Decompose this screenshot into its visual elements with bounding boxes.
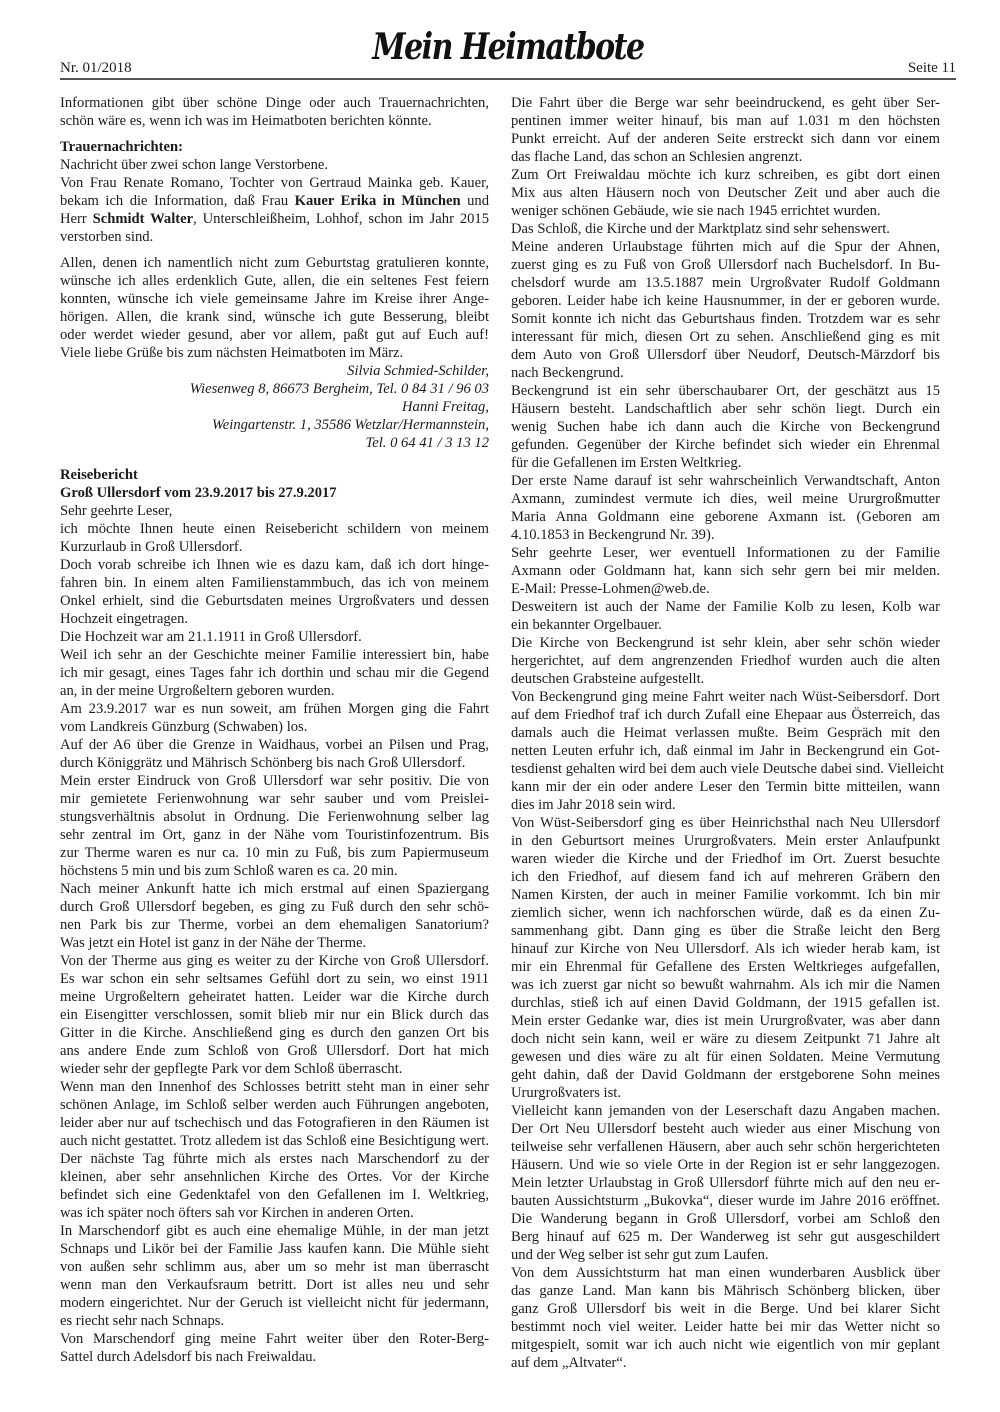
text-line: sehr zentral im Ort, ganz in der Nähe vo…	[60, 826, 489, 844]
deceased-name: Kauer Erika in München	[295, 193, 461, 209]
text-line: Häusern besteht. Landschaftlich aber seh…	[511, 400, 940, 418]
text-line: bekam ich die Information, daß Frau Kaue…	[60, 192, 489, 210]
text-line: wenn man den Verkaufsraum betritt. Dort …	[60, 1276, 489, 1294]
text-line: Wenn man den Innenhof des Schlosses betr…	[60, 1078, 489, 1096]
text-line: nach Beckengrund.	[511, 364, 940, 382]
text-line: Desweitern ist auch der Name der Familie…	[511, 598, 940, 616]
text-line: In Marschendorf gibt es auch eine ehemal…	[60, 1222, 489, 1240]
text-line: geboren. Leider habe ich keine Hausnumme…	[511, 292, 940, 310]
text-line: Axmann oder Goldmann hat, kann sich sehr…	[511, 562, 940, 580]
text-line: 4.10.1853 in Beckengrund Nr. 39).	[511, 526, 940, 544]
text-line: teilweise sehr verfallenen Häusern, aber…	[511, 1138, 940, 1156]
text-line: durch Groß Ullersdorf begeben, es ging z…	[60, 898, 489, 916]
text-line: schön wäre es, wenn ich was im Heimatbot…	[60, 112, 489, 130]
text-line: pentinen immer weiter hinauf, bis man au…	[511, 112, 940, 130]
text-line: dies im Jahr 2018 sein wird.	[511, 796, 940, 814]
text-line: was ich später noch öfters sah vor Kirch…	[60, 1204, 489, 1222]
page-header: Nr. 01/2018 Mein Heimatbote Seite 11	[60, 28, 956, 78]
text-line: Sattel durch Adelsdorf bis nach Freiwald…	[60, 1348, 489, 1366]
text-line: Viele liebe Grüße bis zum nächsten Heima…	[60, 344, 489, 362]
text-line: schönen Anlage, im Schloß selber werden …	[60, 1096, 489, 1114]
text-line: Meine anderen Urlaubstage führten mich a…	[511, 238, 940, 256]
text-line: was ich zuerst gar nicht so bewußt wahrn…	[511, 976, 940, 994]
text-line: ich den Friedhof, auf diesem fand ich au…	[511, 868, 940, 886]
text-line: oder werdet wieder gesund, aber vor alle…	[60, 326, 489, 344]
text-line: stungsverhältnis absolut in Ordnung. Die…	[60, 808, 489, 826]
text-line: hergerichtet, auf dem angrenzenden Fried…	[511, 652, 940, 670]
text-line: und der Weg selber ist sehr gut zum Lauf…	[511, 1246, 940, 1264]
text-line: Punkt erreicht. Auf der anderen Seite er…	[511, 130, 940, 148]
text-line: auf dem Friedhof traf ich durch Zufall e…	[511, 706, 940, 724]
text-line: es riecht sehr nach Schnaps.	[60, 1312, 489, 1330]
text-line: bestimmt noch viel weiter. Leider hatte …	[511, 1318, 940, 1336]
text-line: ziemlich sicher, wenn ich nachforschen w…	[511, 904, 940, 922]
text-line: doch nicht sein kann, weil er wäre zu di…	[511, 1030, 940, 1048]
text-line: Der Ort Neu Ullersdorf besteht auch wied…	[511, 1120, 940, 1138]
text-line: Allen, denen ich namentlich nicht zum Ge…	[60, 254, 489, 272]
section-heading-report: Reisebericht	[60, 466, 489, 484]
text-line: Die Hochzeit war am 21.1.1911 in Groß Ul…	[60, 628, 489, 646]
text-line: mir ein Ehrenmal für Gefallene des Erste…	[511, 958, 940, 976]
text-line: Nach meiner Ankunft hatte ich mich erstm…	[60, 880, 489, 898]
text-line: Was jetzt ein Hotel ist ganz in der Nähe…	[60, 934, 489, 952]
text-line: Sehr geehrte Leser, wer eventuell Inform…	[511, 544, 940, 562]
text-line: Nachricht über zwei schon lange Verstorb…	[60, 156, 489, 174]
text-line: weniger schönen Gebäude, wie sie nach 19…	[511, 202, 940, 220]
text-line: höchstens 5 min und bis zum Schloß waren…	[60, 862, 489, 880]
text-line: Auf der A6 über die Grenze in Waidhaus, …	[60, 736, 489, 754]
text-line: durchlas, stieß ich auf einen David Gold…	[511, 994, 940, 1012]
text-line: geht dahin, daß der David Goldmann der e…	[511, 1066, 940, 1084]
text-line: hinauf zur Kirche von Neu Ullersdorf. Al…	[511, 940, 940, 958]
text-line: hörigen. Allen, die krank sind, wünsche …	[60, 308, 489, 326]
text-line: sammenhang gibt. Dann ging es über die S…	[511, 922, 940, 940]
section-heading-trauer: Trauernachrichten:	[60, 138, 489, 156]
text-line: wenig Suchen habe ich dann auch die Kirc…	[511, 418, 940, 436]
text-line: Beckengrund ist ein sehr überschaubarer …	[511, 382, 940, 400]
text-line: Sehr geehrte Leser,	[60, 502, 489, 520]
text-line: mitgespielt, somit war ich auch nicht wi…	[511, 1336, 940, 1354]
text-line: Maria Anna Goldmann eine geborene Axmann…	[511, 508, 940, 526]
text-line: Häusern. Und wie so viele Orte in der Re…	[511, 1156, 940, 1174]
text-line: Doch vorab schreibe ich Ihnen wie es daz…	[60, 556, 489, 574]
page-number: Seite 11	[908, 60, 956, 77]
text-line: ein Eisengitter verschlossen, somit blie…	[60, 1006, 489, 1024]
text-line: Die Kirche von Beckengrund ist sehr klei…	[511, 634, 940, 652]
text-line: Berg hinauf auf 625 m. Der Wanderweg ist…	[511, 1228, 940, 1246]
text-line: Namen Kirsten, der auch in meiner Famili…	[511, 886, 940, 904]
text-line: Mix aus alten Häusern noch von Deutscher…	[511, 184, 940, 202]
text-line: gefunden. Gegenüber der Kirche befindet …	[511, 436, 940, 454]
signature-line: Weingartenstr. 1, 35586 Wetzlar/Hermanns…	[60, 416, 489, 434]
text-line: Kurzurlaub in Groß Ullersdorf.	[60, 538, 489, 556]
text-line: das flache Land, das schon an Schlesien …	[511, 148, 940, 166]
text-line: Die Wanderung begann in Groß Ullersdorf,…	[511, 1210, 940, 1228]
text-line: auf dem „Altvater“.	[511, 1354, 940, 1372]
text-line: Es war schon ein sehr seltsames Gefühl d…	[60, 970, 489, 988]
text-line: kann mir der ein oder andere Leser den T…	[511, 778, 940, 796]
text-line: ganz Groß Ullersdorf bis weit in die Ber…	[511, 1300, 940, 1318]
text-line: von außen sehr schlimm aus, aber um so m…	[60, 1258, 489, 1276]
text-line: Schnaps und Likör bei der Familie Jass k…	[60, 1240, 489, 1258]
text-line: Informationen gibt über schöne Dinge ode…	[60, 94, 489, 112]
text-line: ich mir gesagt, eines Tages fahr ich dor…	[60, 664, 489, 682]
text-line: Onkel erhielt, sind die Geburtsdaten mei…	[60, 592, 489, 610]
text-line: Von der Therme aus ging es weiter zu der…	[60, 952, 489, 970]
text-line: Hochzeit eingetragen.	[60, 610, 489, 628]
text-line: Mein letzter Urlaubstag in Groß Ullersdo…	[511, 1174, 940, 1192]
text-line: netten Leuten erfuhr ich, daß einmal im …	[511, 742, 940, 760]
text-line: für die Gefallenen im Ersten Weltkrieg.	[511, 454, 940, 472]
text-line: verstorben sind.	[60, 228, 489, 246]
text-line: modern eingerichtet. Nur der Geruch ist …	[60, 1294, 489, 1312]
deceased-name: Schmidt Walter	[93, 211, 193, 227]
signature-line: Hanni Freitag,	[60, 398, 489, 416]
text-line: Der erste Name darauf ist sehr wahrschei…	[511, 472, 940, 490]
text-line: wünsche ich alles erdenklich Gute, allen…	[60, 272, 489, 290]
text-line: Mein erster Gedanke war, dies ist mein U…	[511, 1012, 940, 1030]
text-line: waren wieder die Kirche und der Friedhof…	[511, 850, 940, 868]
text-line: deutschen Grabsteine aufgestellt.	[511, 670, 940, 688]
text-line: das ganze Land. Man kann bis Mährisch Sc…	[511, 1282, 940, 1300]
text-line: Somit konnte ich nicht das Geburtshaus f…	[511, 310, 940, 328]
text-line: mir gemietete Ferienwohnung war sehr sau…	[60, 790, 489, 808]
text-line: Von Marschendorf ging meine Fahrt weiter…	[60, 1330, 489, 1348]
signature-line: Silvia Schmied-Schilder,	[60, 362, 489, 380]
text-line: konnten, wünsche ich viele gemeinsame Ja…	[60, 290, 489, 308]
text-line: leider aber nur auf tschechisch und das …	[60, 1114, 489, 1132]
text-line: damals auch die Heimat verlassen mußte. …	[511, 724, 940, 742]
text-line: E-Mail: Presse-Lohmen@web.de.	[511, 580, 940, 598]
text-line: Weil ich sehr an der Geschichte meiner F…	[60, 646, 489, 664]
text-line: ich möchte Ihnen heute einen Reiseberich…	[60, 520, 489, 538]
text-line: Vielleicht kann jemanden von der Lesersc…	[511, 1102, 940, 1120]
text-line: wieder sehr der gepflegte Park vor dem S…	[60, 1060, 489, 1078]
text-line: Von Beckengrund ging meine Fahrt weiter …	[511, 688, 940, 706]
text-line: Herr Schmidt Walter, Unterschleißheim, L…	[60, 210, 489, 228]
text-line: gewesen und dies wäre zu alt für einen S…	[511, 1048, 940, 1066]
text-line: in den Geburtsort meines Ururgroßvaters.…	[511, 832, 940, 850]
text-line: Der nächste Tag führte mich als erstes n…	[60, 1150, 489, 1168]
text-line: Gitter in die Kirche. Anschließend ging …	[60, 1024, 489, 1042]
text-line: an, in der meine Urgroßeltern geboren wu…	[60, 682, 489, 700]
text-line: dem Auto von Groß Ullersdorf über Neudor…	[511, 346, 940, 364]
text-line: Die Fahrt über die Berge war sehr beeind…	[511, 94, 940, 112]
text-line: bauten Aussichtsturm „Bukovka“, dieser w…	[511, 1192, 940, 1210]
section-subheading-report: Groß Ullersdorf vom 23.9.2017 bis 27.9.2…	[60, 484, 489, 502]
signature-line: Wiesenweg 8, 86673 Bergheim, Tel. 0 84 3…	[60, 380, 489, 398]
text-line: durch Königgrätz und Mährisch Schönberg …	[60, 754, 489, 772]
text-line: zuerst ging es zu Fuß von Groß Ullersdor…	[511, 256, 940, 274]
text-line: zur Therme waren es nur ca. 10 min zu Fu…	[60, 844, 489, 862]
text-line: Das Schloß, die Kirche und der Marktplat…	[511, 220, 940, 238]
text-line: Ururgroßvaters ist.	[511, 1084, 940, 1102]
text-line: kleinen, aber sehr ansehnlichen Kirche d…	[60, 1168, 489, 1186]
text-line: fahren bin. In einem alten Familienstamm…	[60, 574, 489, 592]
text-line: ein bekannter Orgelbauer.	[511, 616, 940, 634]
text-line: auch nicht gestattet. Trotz alledem ist …	[60, 1132, 489, 1150]
text-line: tesdienst gehalten wird bei dem auch vie…	[511, 760, 940, 778]
text-line: befindet sich eine Gedenktafel von den G…	[60, 1186, 489, 1204]
text-line: nen Park bis zur Therme, vorbei an dem e…	[60, 916, 489, 934]
right-column: Die Fahrt über die Berge war sehr beeind…	[511, 94, 940, 1372]
text-line: ans andere Ende zum Schloß von Groß Ulle…	[60, 1042, 489, 1060]
text-line: interessant für mich, diesen Ort zu sehe…	[511, 328, 940, 346]
text-line: Am 23.9.2017 war es nun soweit, am frühe…	[60, 700, 489, 718]
masthead-logo: Mein Heimatbote	[60, 27, 956, 69]
signature-line: Tel. 0 64 41 / 3 13 12	[60, 434, 489, 452]
text-line: chelsdorf wurde am 13.5.1887 mein Urgroß…	[511, 274, 940, 292]
text-line: Von Frau Renate Romano, Tochter von Gert…	[60, 174, 489, 192]
text-line: meine Urgroßeltern geheiratet hatten. Le…	[60, 988, 489, 1006]
text-line: Mein erster Eindruck von Groß Ullersdorf…	[60, 772, 489, 790]
left-column: Informationen gibt über schöne Dinge ode…	[60, 94, 489, 1366]
text-line: vom Landkreis Günzburg (Schwaben) los.	[60, 718, 489, 736]
text-line: Von dem Aussichtsturm hat man einen wund…	[511, 1264, 940, 1282]
text-line: Zum Ort Freiwaldau möchte ich kurz schre…	[511, 166, 940, 184]
text-line: Axmann, zumindest vermute ich dies, weil…	[511, 490, 940, 508]
text-line: Von Wüst-Seibersdorf ging es über Heinri…	[511, 814, 940, 832]
header-rule	[60, 78, 956, 80]
